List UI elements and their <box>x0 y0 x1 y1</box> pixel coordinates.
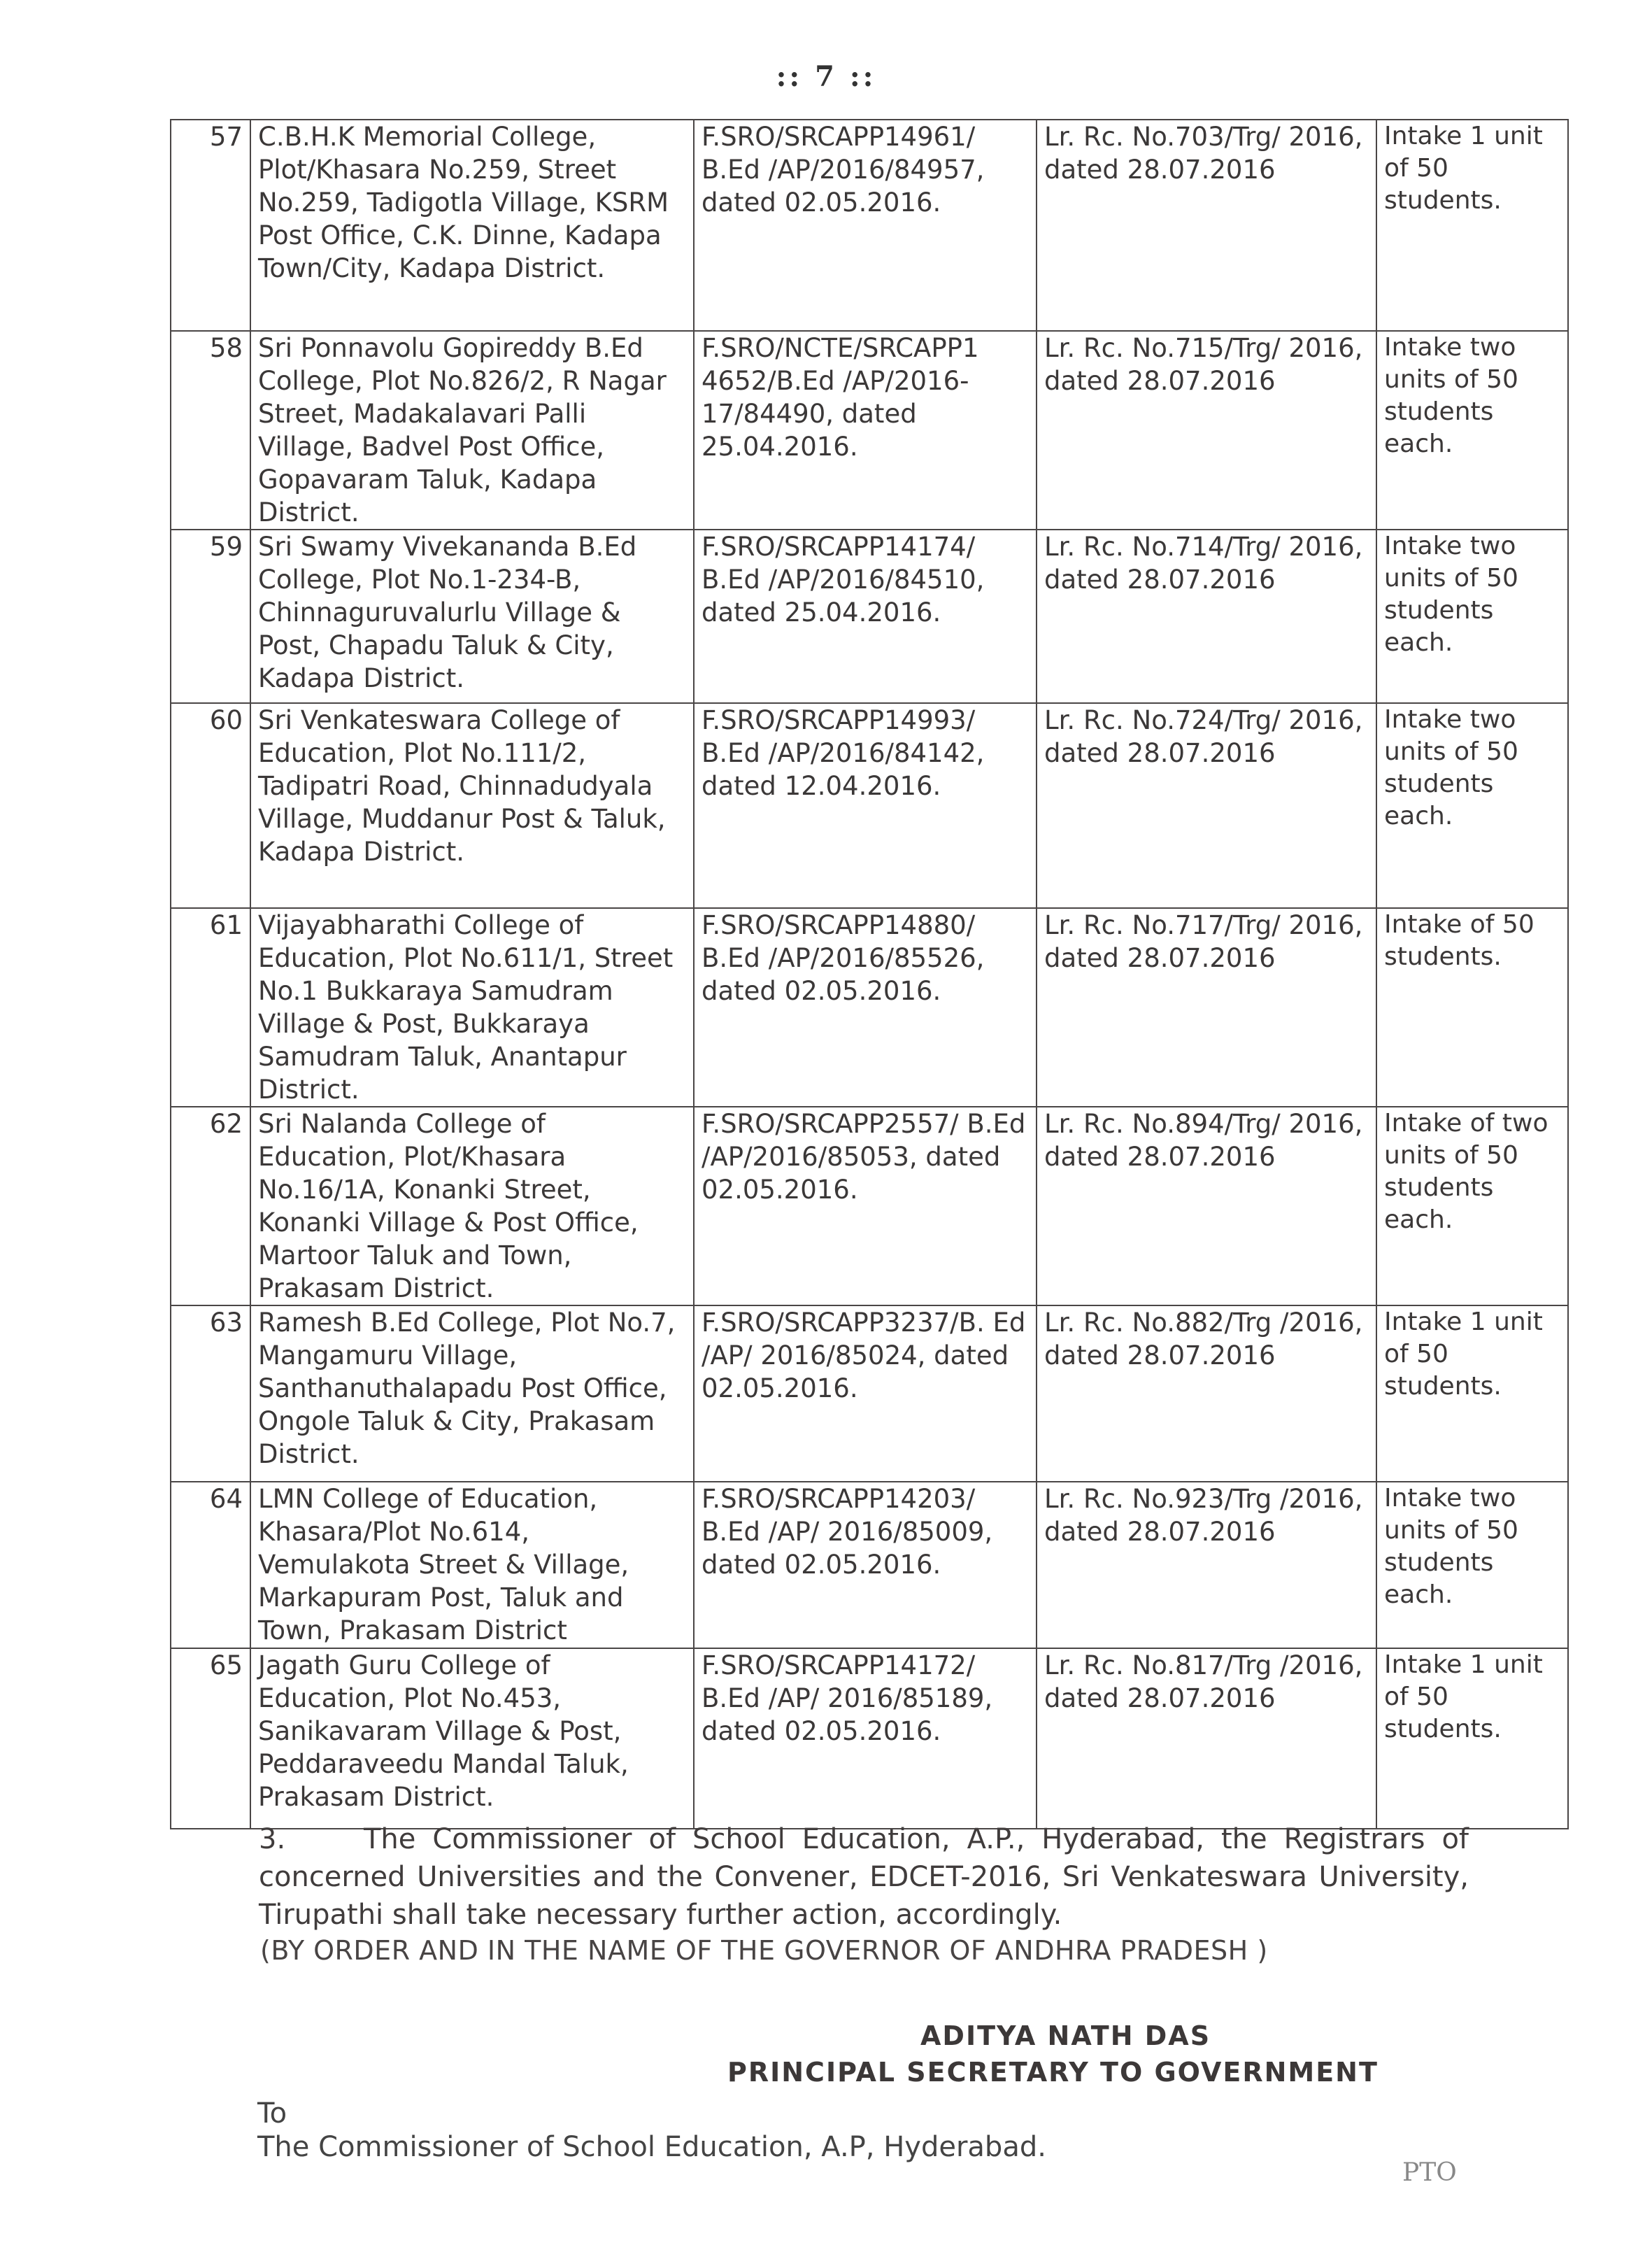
addressee-recipient: The Commissioner of School Education, A.… <box>257 2131 1046 2163</box>
table-row: 58Sri Ponnavolu Gopireddy B.Ed College, … <box>171 331 1568 530</box>
row-number-cell: 57 <box>171 120 250 331</box>
to-label: To <box>257 2097 287 2130</box>
letter-reference-cell: Lr. Rc. No.714/Trg/ 2016, dated 28.07.20… <box>1037 530 1376 703</box>
ncte-reference-cell: F.SRO/NCTE/SRCAPP1 4652/B.Ed /AP/2016-17… <box>694 331 1037 530</box>
signatory-designation: PRINCIPAL SECRETARY TO GOVERNMENT <box>727 2057 1379 2088</box>
letter-reference-cell: Lr. Rc. No.923/Trg /2016, dated 28.07.20… <box>1037 1482 1376 1648</box>
college-name-address-cell: Sri Ponnavolu Gopireddy B.Ed College, Pl… <box>250 331 694 530</box>
intake-cell: Intake 1 unit of 50 students. <box>1376 1305 1568 1482</box>
row-number-cell: 64 <box>171 1482 250 1648</box>
paragraph-text: The Commissioner of School Education, A.… <box>259 1823 1469 1931</box>
college-name-address-cell: Sri Nalanda College of Education, Plot/K… <box>250 1107 694 1305</box>
letter-reference-cell: Lr. Rc. No.724/Trg/ 2016, dated 28.07.20… <box>1037 703 1376 908</box>
intake-cell: Intake two units of 50 students each. <box>1376 331 1568 530</box>
table-row: 57C.B.H.K Memorial College, Plot/Khasara… <box>171 120 1568 331</box>
colleges-table-body: 57C.B.H.K Memorial College, Plot/Khasara… <box>171 120 1568 1829</box>
ncte-reference-cell: F.SRO/SRCAPP2557/ B.Ed /AP/2016/85053, d… <box>694 1107 1037 1305</box>
page-number: :: 7 :: <box>0 60 1652 93</box>
signatory-name: ADITYA NATH DAS <box>920 2020 1211 2051</box>
ncte-reference-cell: F.SRO/SRCAPP14961/ B.Ed /AP/2016/84957, … <box>694 120 1037 331</box>
paragraph-number: 3. <box>259 1820 364 1858</box>
ncte-reference-cell: F.SRO/SRCAPP3237/B. Ed /AP/ 2016/85024, … <box>694 1305 1037 1482</box>
table-row: 61Vijayabharathi College of Education, P… <box>171 908 1568 1107</box>
row-number-cell: 65 <box>171 1648 250 1829</box>
college-name-address-cell: Vijayabharathi College of Education, Plo… <box>250 908 694 1107</box>
table-row: 60Sri Venkateswara College of Education,… <box>171 703 1568 908</box>
college-name-address-cell: Ramesh B.Ed College, Plot No.7, Mangamur… <box>250 1305 694 1482</box>
row-number-cell: 61 <box>171 908 250 1107</box>
ncte-reference-cell: F.SRO/SRCAPP14993/ B.Ed /AP/2016/84142, … <box>694 703 1037 908</box>
ncte-reference-cell: F.SRO/SRCAPP14174/ B.Ed /AP/2016/84510, … <box>694 530 1037 703</box>
college-name-address-cell: Jagath Guru College of Education, Plot N… <box>250 1648 694 1829</box>
college-name-address-cell: Sri Swamy Vivekananda B.Ed College, Plot… <box>250 530 694 703</box>
table-row: 65Jagath Guru College of Education, Plot… <box>171 1648 1568 1829</box>
row-number-cell: 58 <box>171 331 250 530</box>
paragraph-3: 3.The Commissioner of School Education, … <box>259 1820 1469 1934</box>
ncte-reference-cell: F.SRO/SRCAPP14172/ B.Ed /AP/ 2016/85189,… <box>694 1648 1037 1829</box>
letter-reference-cell: Lr. Rc. No.715/Trg/ 2016, dated 28.07.20… <box>1037 331 1376 530</box>
college-name-address-cell: LMN College of Education, Khasara/Plot N… <box>250 1482 694 1648</box>
college-name-address-cell: C.B.H.K Memorial College, Plot/Khasara N… <box>250 120 694 331</box>
table-row: 62Sri Nalanda College of Education, Plot… <box>171 1107 1568 1305</box>
table-row: 64LMN College of Education, Khasara/Plot… <box>171 1482 1568 1648</box>
letter-reference-cell: Lr. Rc. No.882/Trg /2016, dated 28.07.20… <box>1037 1305 1376 1482</box>
pto-marker: PTO <box>1402 2158 1457 2187</box>
table-row: 63Ramesh B.Ed College, Plot No.7, Mangam… <box>171 1305 1568 1482</box>
intake-cell: Intake two units of 50 students each. <box>1376 703 1568 908</box>
intake-cell: Intake two units of 50 students each. <box>1376 530 1568 703</box>
intake-cell: Intake of 50 students. <box>1376 908 1568 1107</box>
intake-cell: Intake 1 unit of 50 students. <box>1376 120 1568 331</box>
row-number-cell: 59 <box>171 530 250 703</box>
letter-reference-cell: Lr. Rc. No.894/Trg/ 2016, dated 28.07.20… <box>1037 1107 1376 1305</box>
intake-cell: Intake two units of 50 students each. <box>1376 1482 1568 1648</box>
colleges-table: 57C.B.H.K Memorial College, Plot/Khasara… <box>170 119 1569 1829</box>
intake-cell: Intake 1 unit of 50 students. <box>1376 1648 1568 1829</box>
table-row: 59Sri Swamy Vivekananda B.Ed College, Pl… <box>171 530 1568 703</box>
ncte-reference-cell: F.SRO/SRCAPP14880/ B.Ed /AP/2016/85526, … <box>694 908 1037 1107</box>
letter-reference-cell: Lr. Rc. No.717/Trg/ 2016, dated 28.07.20… <box>1037 908 1376 1107</box>
row-number-cell: 62 <box>171 1107 250 1305</box>
row-number-cell: 63 <box>171 1305 250 1482</box>
ncte-reference-cell: F.SRO/SRCAPP14203/ B.Ed /AP/ 2016/85009,… <box>694 1482 1037 1648</box>
intake-cell: Intake of two units of 50 students each. <box>1376 1107 1568 1305</box>
row-number-cell: 60 <box>171 703 250 908</box>
letter-reference-cell: Lr. Rc. No.703/Trg/ 2016, dated 28.07.20… <box>1037 120 1376 331</box>
college-name-address-cell: Sri Venkateswara College of Education, P… <box>250 703 694 908</box>
governor-order-line: (BY ORDER AND IN THE NAME OF THE GOVERNO… <box>260 1935 1268 1966</box>
letter-reference-cell: Lr. Rc. No.817/Trg /2016, dated 28.07.20… <box>1037 1648 1376 1829</box>
